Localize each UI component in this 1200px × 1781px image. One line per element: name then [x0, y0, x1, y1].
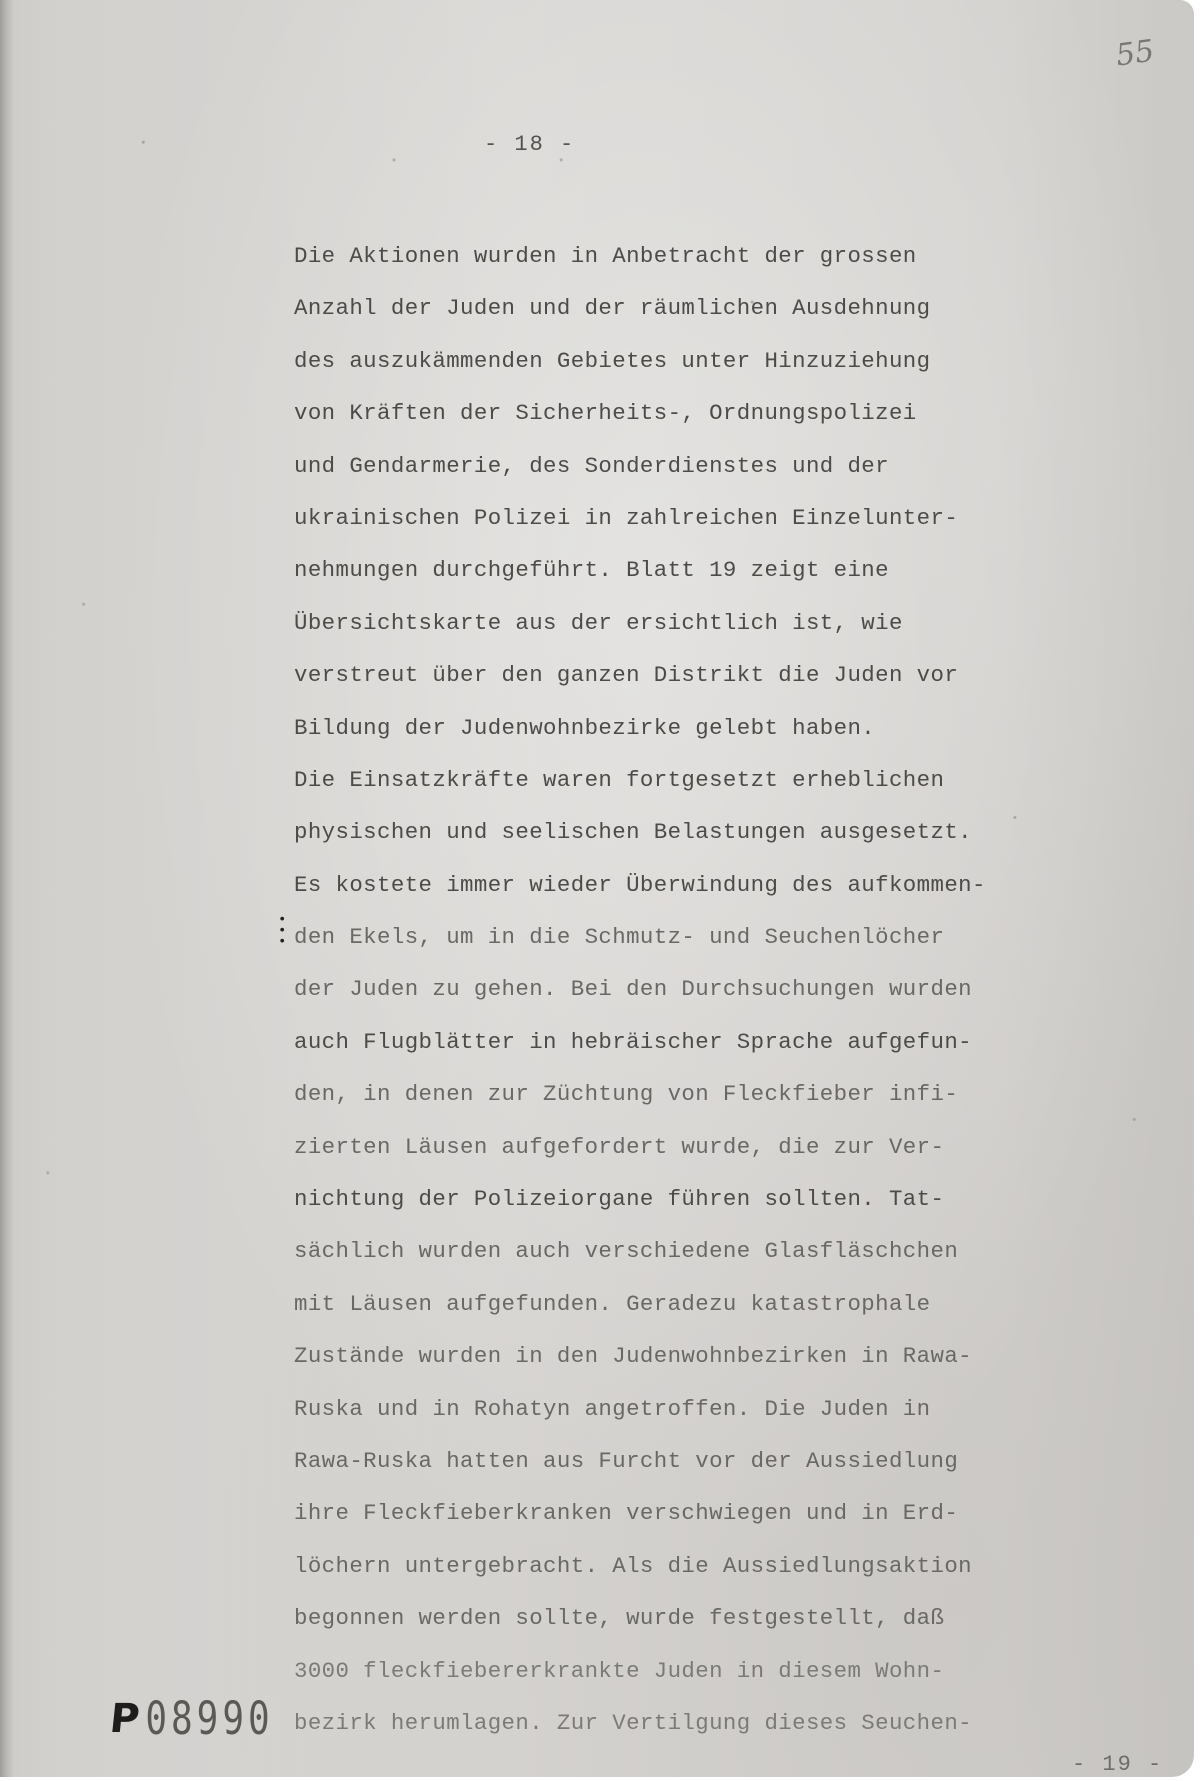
- handwritten-folio-number: 55: [1114, 34, 1157, 74]
- archive-stamp: P 08990: [110, 1696, 274, 1742]
- text-line: 3000 fleckfiebererkrankte Juden in diese…: [294, 1645, 1114, 1697]
- text-line: löchern untergebracht. Als die Aussiedlu…: [294, 1540, 1114, 1592]
- text-line: von Kräften der Sicherheits-, Ordnungspo…: [294, 387, 1114, 439]
- typewritten-body: Die Aktionen wurden in Anbetracht der gr…: [294, 230, 1114, 1749]
- stamp-mark: P: [108, 1696, 142, 1742]
- text-line: zierten Läusen aufgefordert wurde, die z…: [294, 1121, 1114, 1173]
- next-page-catchword: - 19 -: [1072, 1752, 1163, 1777]
- text-line: ukrainischen Polizei in zahlreichen Einz…: [294, 492, 1114, 544]
- text-line: der Juden zu gehen. Bei den Durchsuchung…: [294, 963, 1114, 1015]
- text-line: nichtung der Polizeiorgane führen sollte…: [294, 1173, 1114, 1225]
- text-line: Zustände wurden in den Judenwohnbezirken…: [294, 1330, 1114, 1382]
- margin-mark: •••: [278, 915, 284, 948]
- text-line: bezirk herumlagen. Zur Vertilgung dieses…: [294, 1697, 1114, 1749]
- text-line: physischen und seelischen Belastungen au…: [294, 806, 1114, 858]
- text-line: Die Einsatzkräfte waren fortgesetzt erhe…: [294, 754, 1114, 806]
- text-line: mit Läusen aufgefunden. Geradezu katastr…: [294, 1278, 1114, 1330]
- stamp-number: 08990: [145, 1693, 273, 1744]
- text-line: den, in denen zur Züchtung von Fleckfieb…: [294, 1068, 1114, 1120]
- text-line: des auszukämmenden Gebietes unter Hinzuz…: [294, 335, 1114, 387]
- page-number: - 18 -: [484, 132, 575, 157]
- text-line: Übersichtskarte aus der ersichtlich ist,…: [294, 597, 1114, 649]
- text-line: Anzahl der Juden und der räumlichen Ausd…: [294, 282, 1114, 334]
- text-line: den Ekels, um in die Schmutz- und Seuche…: [294, 911, 1114, 963]
- text-line: Ruska und in Rohatyn angetroffen. Die Ju…: [294, 1383, 1114, 1435]
- document-page: - 18 - 55 ••• Die Aktionen wurden in Anb…: [0, 0, 1194, 1777]
- text-line: sächlich wurden auch verschiedene Glasfl…: [294, 1225, 1114, 1277]
- text-line: Die Aktionen wurden in Anbetracht der gr…: [294, 230, 1114, 282]
- text-line: nehmungen durchgeführt. Blatt 19 zeigt e…: [294, 544, 1114, 596]
- text-line: Rawa-Ruska hatten aus Furcht vor der Aus…: [294, 1435, 1114, 1487]
- text-line: Es kostete immer wieder Überwindung des …: [294, 859, 1114, 911]
- text-line: und Gendarmerie, des Sonderdienstes und …: [294, 440, 1114, 492]
- text-line: Bildung der Judenwohnbezirke gelebt habe…: [294, 702, 1114, 754]
- text-line: begonnen werden sollte, wurde festgestel…: [294, 1592, 1114, 1644]
- text-line: verstreut über den ganzen Distrikt die J…: [294, 649, 1114, 701]
- text-line: auch Flugblätter in hebräischer Sprache …: [294, 1016, 1114, 1068]
- text-line: ihre Fleckfieberkranken verschwiegen und…: [294, 1487, 1114, 1539]
